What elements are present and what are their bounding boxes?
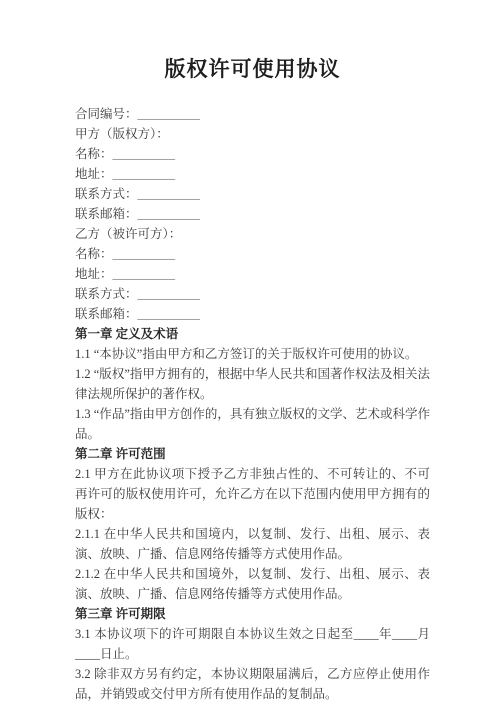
- chapter-1-heading: 第一章 定义及术语: [75, 324, 430, 344]
- party-b-address-blank-line: __________: [113, 267, 176, 281]
- party-a-name-row: 名称：__________: [75, 144, 430, 164]
- party-b-name-blank-line: __________: [113, 247, 176, 261]
- party-a-header: 甲方（版权方）：: [75, 124, 430, 144]
- party-b-contact-row: 联系方式：__________: [75, 284, 430, 304]
- party-a-email-blank-line: __________: [138, 207, 201, 221]
- party-b-email-row: 联系邮箱：__________: [75, 304, 430, 324]
- party-b-contact-blank-line: __________: [138, 287, 201, 301]
- document-page: 版权许可使用协议 合同编号：__________ 甲方（版权方）： 名称：___…: [0, 0, 500, 707]
- party-a-email-label: 联系邮箱：: [75, 207, 138, 221]
- party-a-address-row: 地址：__________: [75, 164, 430, 184]
- clause-2-1-1: 2.1.1 在中华人民共和国境内，以复制、发行、出租、展示、表演、放映、广播、信…: [75, 524, 430, 564]
- contract-number-label: 合同编号：: [75, 107, 138, 121]
- clause-1-1: 1.1 “本协议”指由甲方和乙方签订的关于版权许可使用的协议。: [75, 344, 430, 364]
- party-a-name-blank-line: __________: [113, 147, 176, 161]
- party-a-address-label: 地址：: [75, 167, 113, 181]
- party-b-header: 乙方（被许可方）：: [75, 224, 430, 244]
- party-a-address-blank-line: __________: [113, 167, 176, 181]
- party-b-address-label: 地址：: [75, 267, 113, 281]
- party-b-name-label: 名称：: [75, 247, 113, 261]
- chapter-3-heading: 第三章 许可期限: [75, 604, 430, 624]
- chapter-2-heading: 第二章 许可范围: [75, 444, 430, 464]
- party-b-email-label: 联系邮箱：: [75, 307, 138, 321]
- party-a-contact-label: 联系方式：: [75, 187, 138, 201]
- clause-1-3: 1.3 “作品”指由甲方创作的，具有独立版权的文学、艺术或科学作品。: [75, 404, 430, 444]
- party-a-contact-blank-line: __________: [138, 187, 201, 201]
- clause-3-1: 3.1 本协议项下的许可期限自本协议生效之日起至____年____月____日止…: [75, 624, 430, 664]
- document-title: 版权许可使用协议: [75, 56, 430, 82]
- party-b-email-blank-line: __________: [138, 307, 201, 321]
- party-a-contact-row: 联系方式：__________: [75, 184, 430, 204]
- party-a-email-row: 联系邮箱：__________: [75, 204, 430, 224]
- party-b-address-row: 地址：__________: [75, 264, 430, 284]
- clause-3-2: 3.2 除非双方另有约定，本协议期限届满后，乙方应停止使用作品，并销毁或交付甲方…: [75, 664, 430, 704]
- contract-number-row: 合同编号：__________: [75, 104, 430, 124]
- contract-number-blank-line: __________: [138, 107, 201, 121]
- clause-2-1: 2.1 甲方在此协议项下授予乙方非独占性的、不可转让的、不可再许可的版权使用许可…: [75, 464, 430, 524]
- party-b-name-row: 名称：__________: [75, 244, 430, 264]
- party-b-contact-label: 联系方式：: [75, 287, 138, 301]
- clause-1-2: 1.2 “版权”指甲方拥有的，根据中华人民共和国著作权法及相关法律法规所保护的著…: [75, 364, 430, 404]
- party-a-name-label: 名称：: [75, 147, 113, 161]
- clause-2-1-2: 2.1.2 在中华人民共和国境外，以复制、发行、出租、展示、表演、放映、广播、信…: [75, 564, 430, 604]
